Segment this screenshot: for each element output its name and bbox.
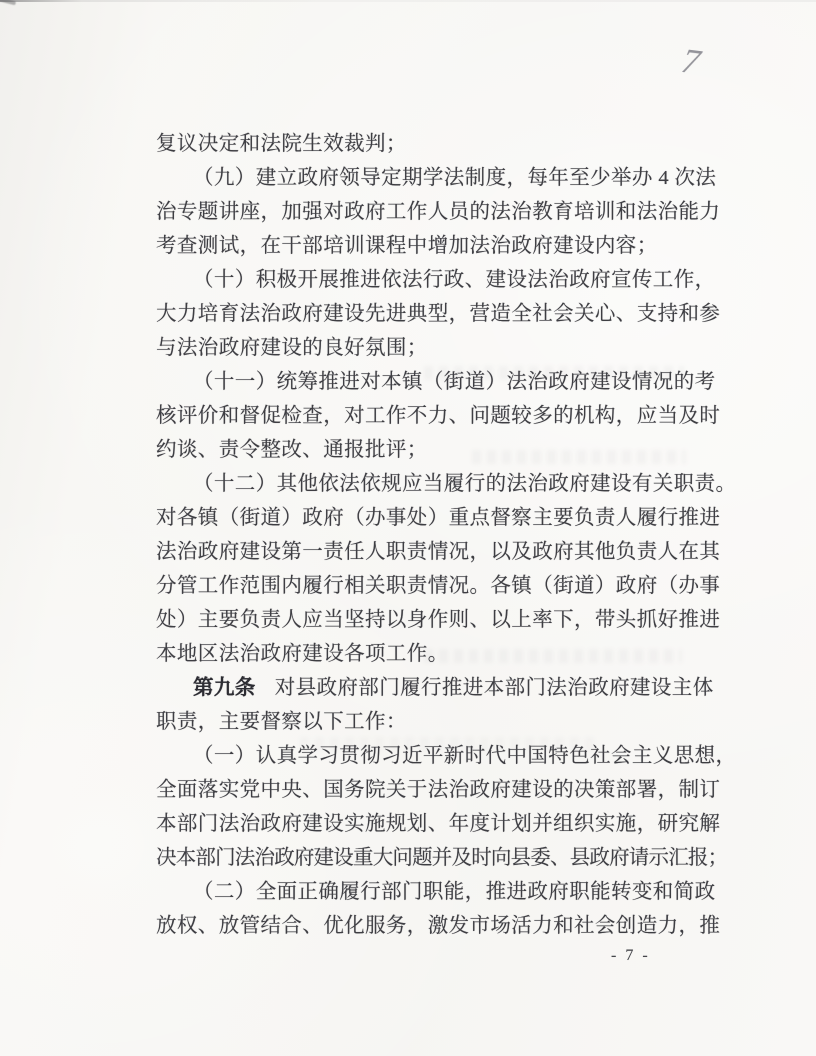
- text-line: （十）积极开展推进依法行政、建设法治政府宣传工作，: [156, 263, 701, 297]
- text-line: （九）建立政府领导定期学法制度，每年至少举办 4 次法: [156, 161, 701, 195]
- text-line: 职责，主要督察以下工作：: [156, 705, 701, 739]
- text-line: 处）主要负责人应当坚持以身作则、以上率下，带头抓好推进: [156, 603, 701, 637]
- text-line: 治专题讲座，加强对政府工作人员的法治教育培训和法治能力: [156, 195, 701, 229]
- scan-top-edge-artifact: [0, 0, 816, 2]
- text-line: 本部门法治政府建设实施规划、年度计划并组织实施，研究解: [156, 807, 701, 841]
- text-line: 全面落实党中央、国务院关于法治政府建设的决策部署，制订: [156, 773, 701, 807]
- text-line: 与法治政府建设的良好氛围；: [156, 331, 701, 365]
- article-heading-line: 第九条对县政府部门履行推进本部门法治政府建设主体: [156, 671, 701, 705]
- text-line: 放权、放管结合、优化服务，激发市场活力和社会创造力，推: [156, 909, 701, 943]
- text-line: 核评价和督促检查，对工作不力、问题较多的机构，应当及时: [156, 399, 701, 433]
- article-heading-text: 对县政府部门履行推进本部门法治政府建设主体: [275, 677, 714, 699]
- text-line: 大力培育法治政府建设先进典型，营造全社会关心、支持和参: [156, 297, 701, 331]
- text-line: 本地区法治政府建设各项工作。: [156, 637, 701, 671]
- text-line: （十二）其他依法依规应当履行的法治政府建设有关职责。: [156, 467, 701, 501]
- text-line: 决本部门法治政府建设重大问题并及时向县委、县政府请示汇报；: [156, 841, 701, 875]
- page-number-footer: - 7 -: [611, 947, 650, 965]
- scanned-document-page: 7 复议决定和法院生效裁判； （九）建立政府领导定期学法制度，每年至少举办 4 …: [0, 0, 816, 1056]
- text-line: 复议决定和法院生效裁判；: [156, 127, 701, 161]
- text-line: （一）认真学习贯彻习近平新时代中国特色社会主义思想，: [156, 739, 701, 773]
- text-line: （十一）统筹推进对本镇（街道）法治政府建设情况的考: [156, 365, 701, 399]
- text-line: 分管工作范围内履行相关职责情况。各镇（街道）政府（办事: [156, 569, 701, 603]
- text-line: 对各镇（街道）政府（办事处）重点督察主要负责人履行推进: [156, 501, 701, 535]
- article-number-label: 第九条: [193, 677, 256, 699]
- document-text-block: 复议决定和法院生效裁判； （九）建立政府领导定期学法制度，每年至少举办 4 次法…: [156, 127, 701, 943]
- text-line: 考查测试，在干部培训课程中增加法治政府建设内容；: [156, 229, 701, 263]
- handwritten-page-number: 7: [678, 41, 703, 82]
- text-line: 法治政府建设第一责任人职责情况，以及政府其他负责人在其: [156, 535, 701, 569]
- text-line: （二）全面正确履行部门职能，推进政府职能转变和简政: [156, 875, 701, 909]
- scan-corner-artifact: [0, 0, 16, 5]
- text-line: 约谈、责令整改、通报批评；: [156, 433, 701, 467]
